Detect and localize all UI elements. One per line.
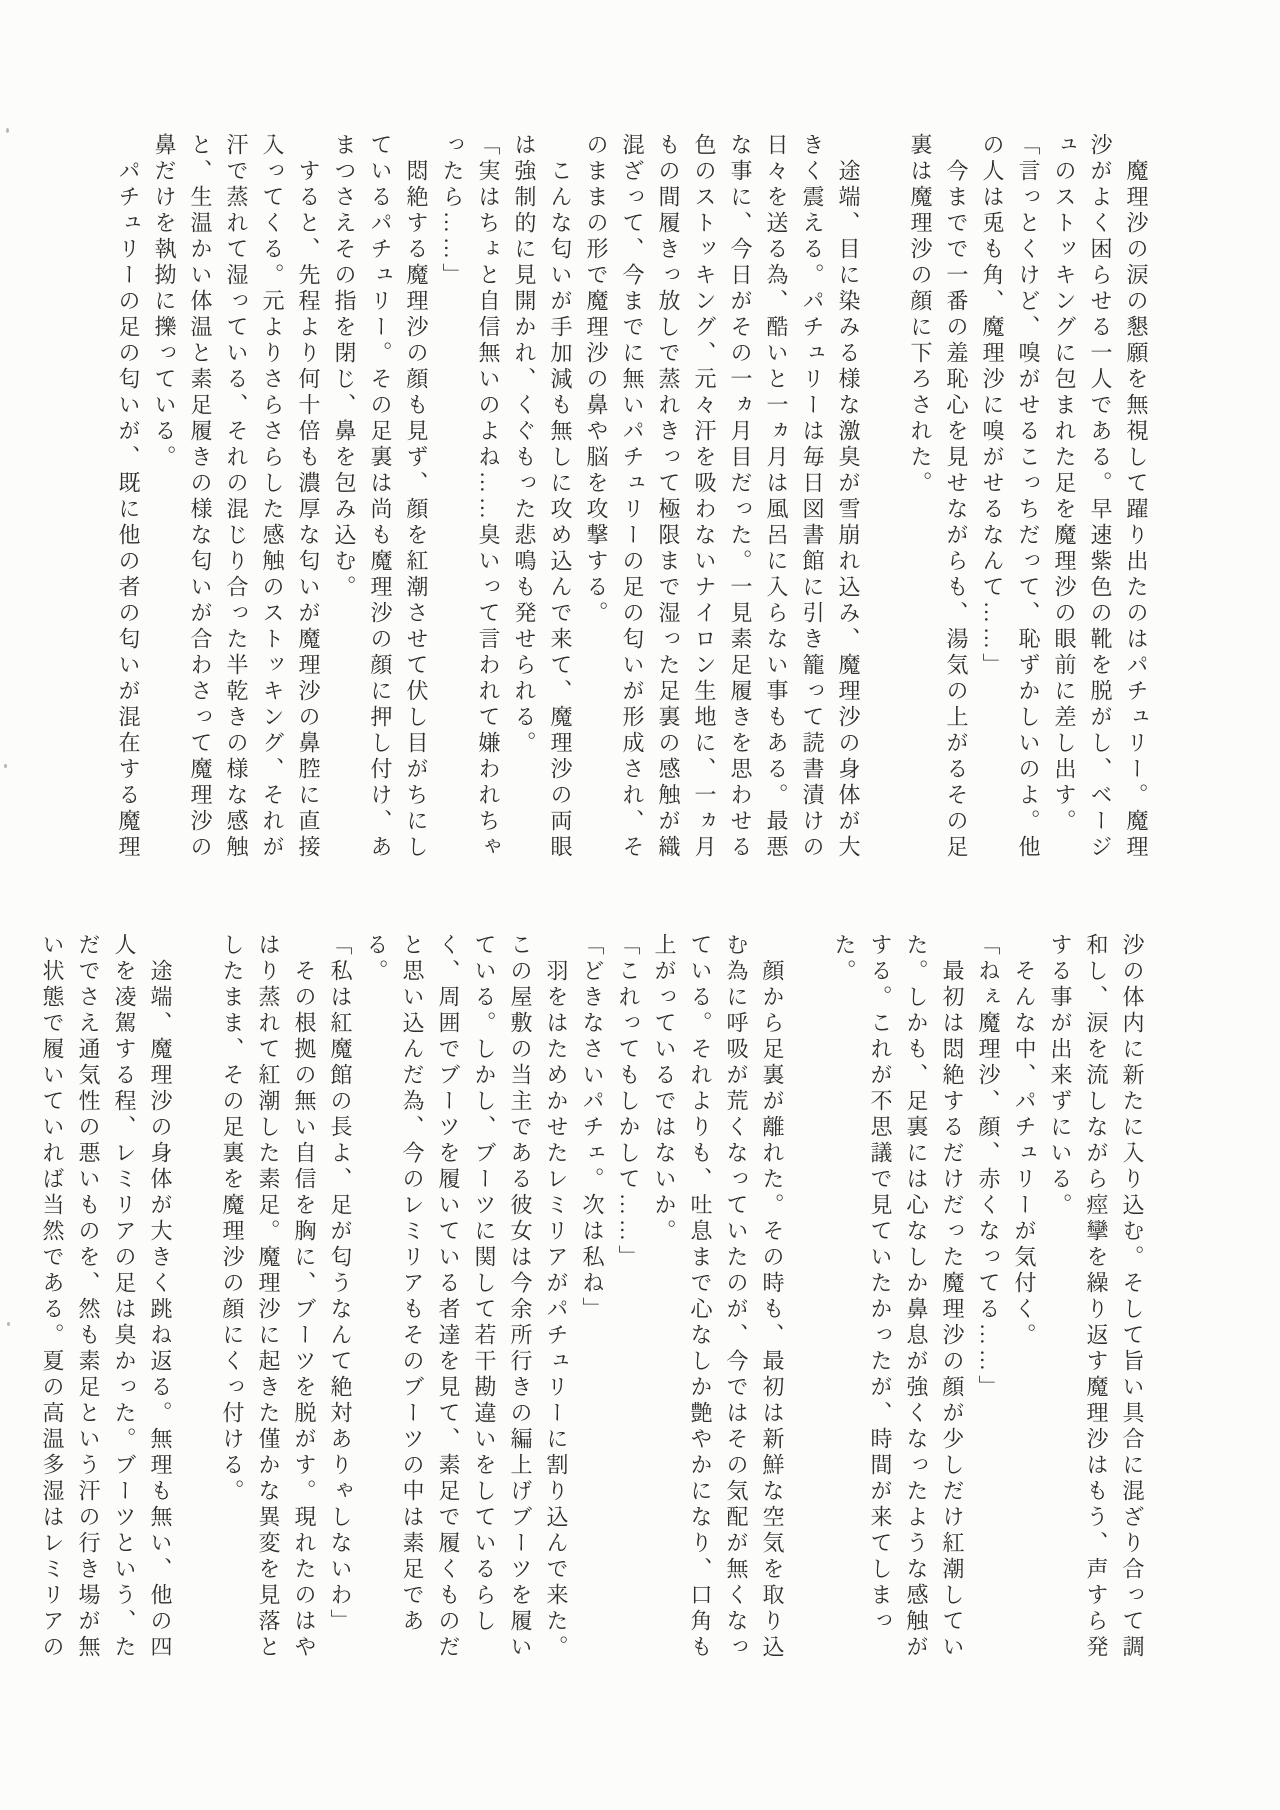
paragraph: 羽をはためかせたレミリアがパチュリーに割り込んで来た。この屋敷の当主である彼女は… (358, 933, 574, 1667)
paragraph: 顔から足裏が離れた。その時も、最初は新鮮な空気を取り込む為に呼吸が荒くなっていた… (646, 933, 790, 1667)
paragraph: こんな匂いが手加減も無しに攻め込んで来て、魔理沙の両眼は強制的に見開かれ、くぐも… (506, 133, 578, 867)
paragraph: 「言っとくけど、嗅がせるこっちだって、恥ずかしいのよ。他の人は兎も角、魔理沙に嗅… (974, 133, 1046, 867)
paragraph: パチュリーの足の匂いが、既に他の者の匂いが混在する魔理 (110, 133, 146, 867)
text-block-top: 魔理沙の涙の懇願を無視して躍り出たのはパチュリー。魔理沙がよく困らせる一人である… (110, 133, 1154, 867)
paragraph: 「ねぇ魔理沙、顔、赤くなってる……」 (970, 933, 1006, 1667)
paragraph: 魔理沙の涙の懇願を無視して躍り出たのはパチュリー。魔理沙がよく困らせる一人である… (1046, 133, 1154, 867)
text-block-bottom: 沙の体内に新たに入り込む。そして旨い具合に混ざり合って調和し、涙を流しながら痙攣… (88, 933, 1150, 1667)
paragraph: 途端、目に染みる様な激臭が雪崩れ込み、魔理沙の身体が大きく震える。パチュリーは毎… (578, 133, 866, 867)
paragraph: 最初は悶絶するだけだった魔理沙の顔が少しだけ紅潮していた。しかも、足裏には心なし… (826, 933, 970, 1667)
scanned-novel-page: 魔理沙の涙の懇願を無視して躍り出たのはパチュリー。魔理沙がよく困らせる一人である… (0, 0, 1280, 1810)
paragraph: 「これってもしかして……」 (610, 933, 646, 1667)
scan-speck (6, 128, 9, 133)
paragraph: 今までで一番の羞恥心を見せながらも、湯気の上がるその足裏は魔理沙の顔に下ろされた… (902, 133, 974, 867)
paragraph: 途端、魔理沙の身体が大きく跳ね返る。無理も無い、他の四人を凌駕する程、レミリアの… (34, 933, 178, 1667)
paragraph: 「私は紅魔館の長よ、足が匂うなんて絶対ありゃしないわ」 (322, 933, 358, 1667)
paragraph: 「実はちょと自信無いのよね……臭いって言われて嫌われちゃったら……」 (434, 133, 506, 867)
paragraph: すると、先程より何十倍も濃厚な匂いが魔理沙の鼻腔に直接入ってくる。元よりさらさら… (146, 133, 326, 867)
paragraph: その根拠の無い自信を胸に、ブーツを脱がす。現れたのはやはり蒸れて紅潮した素足。魔… (214, 933, 322, 1667)
paragraph: 「どきなさいパチェ。次は私ね」 (574, 933, 610, 1667)
paragraph: そんな中、パチュリーが気付く。 (1006, 933, 1042, 1667)
scan-speck (7, 1322, 10, 1326)
scan-speck (4, 764, 7, 768)
paragraph: 沙の体内に新たに入り込む。そして旨い具合に混ざり合って調和し、涙を流しながら痙攣… (1042, 933, 1150, 1667)
paragraph: 悶絶する魔理沙の顔も見ず、顔を紅潮させて伏し目がちにしているパチュリー。その足裏… (326, 133, 434, 867)
